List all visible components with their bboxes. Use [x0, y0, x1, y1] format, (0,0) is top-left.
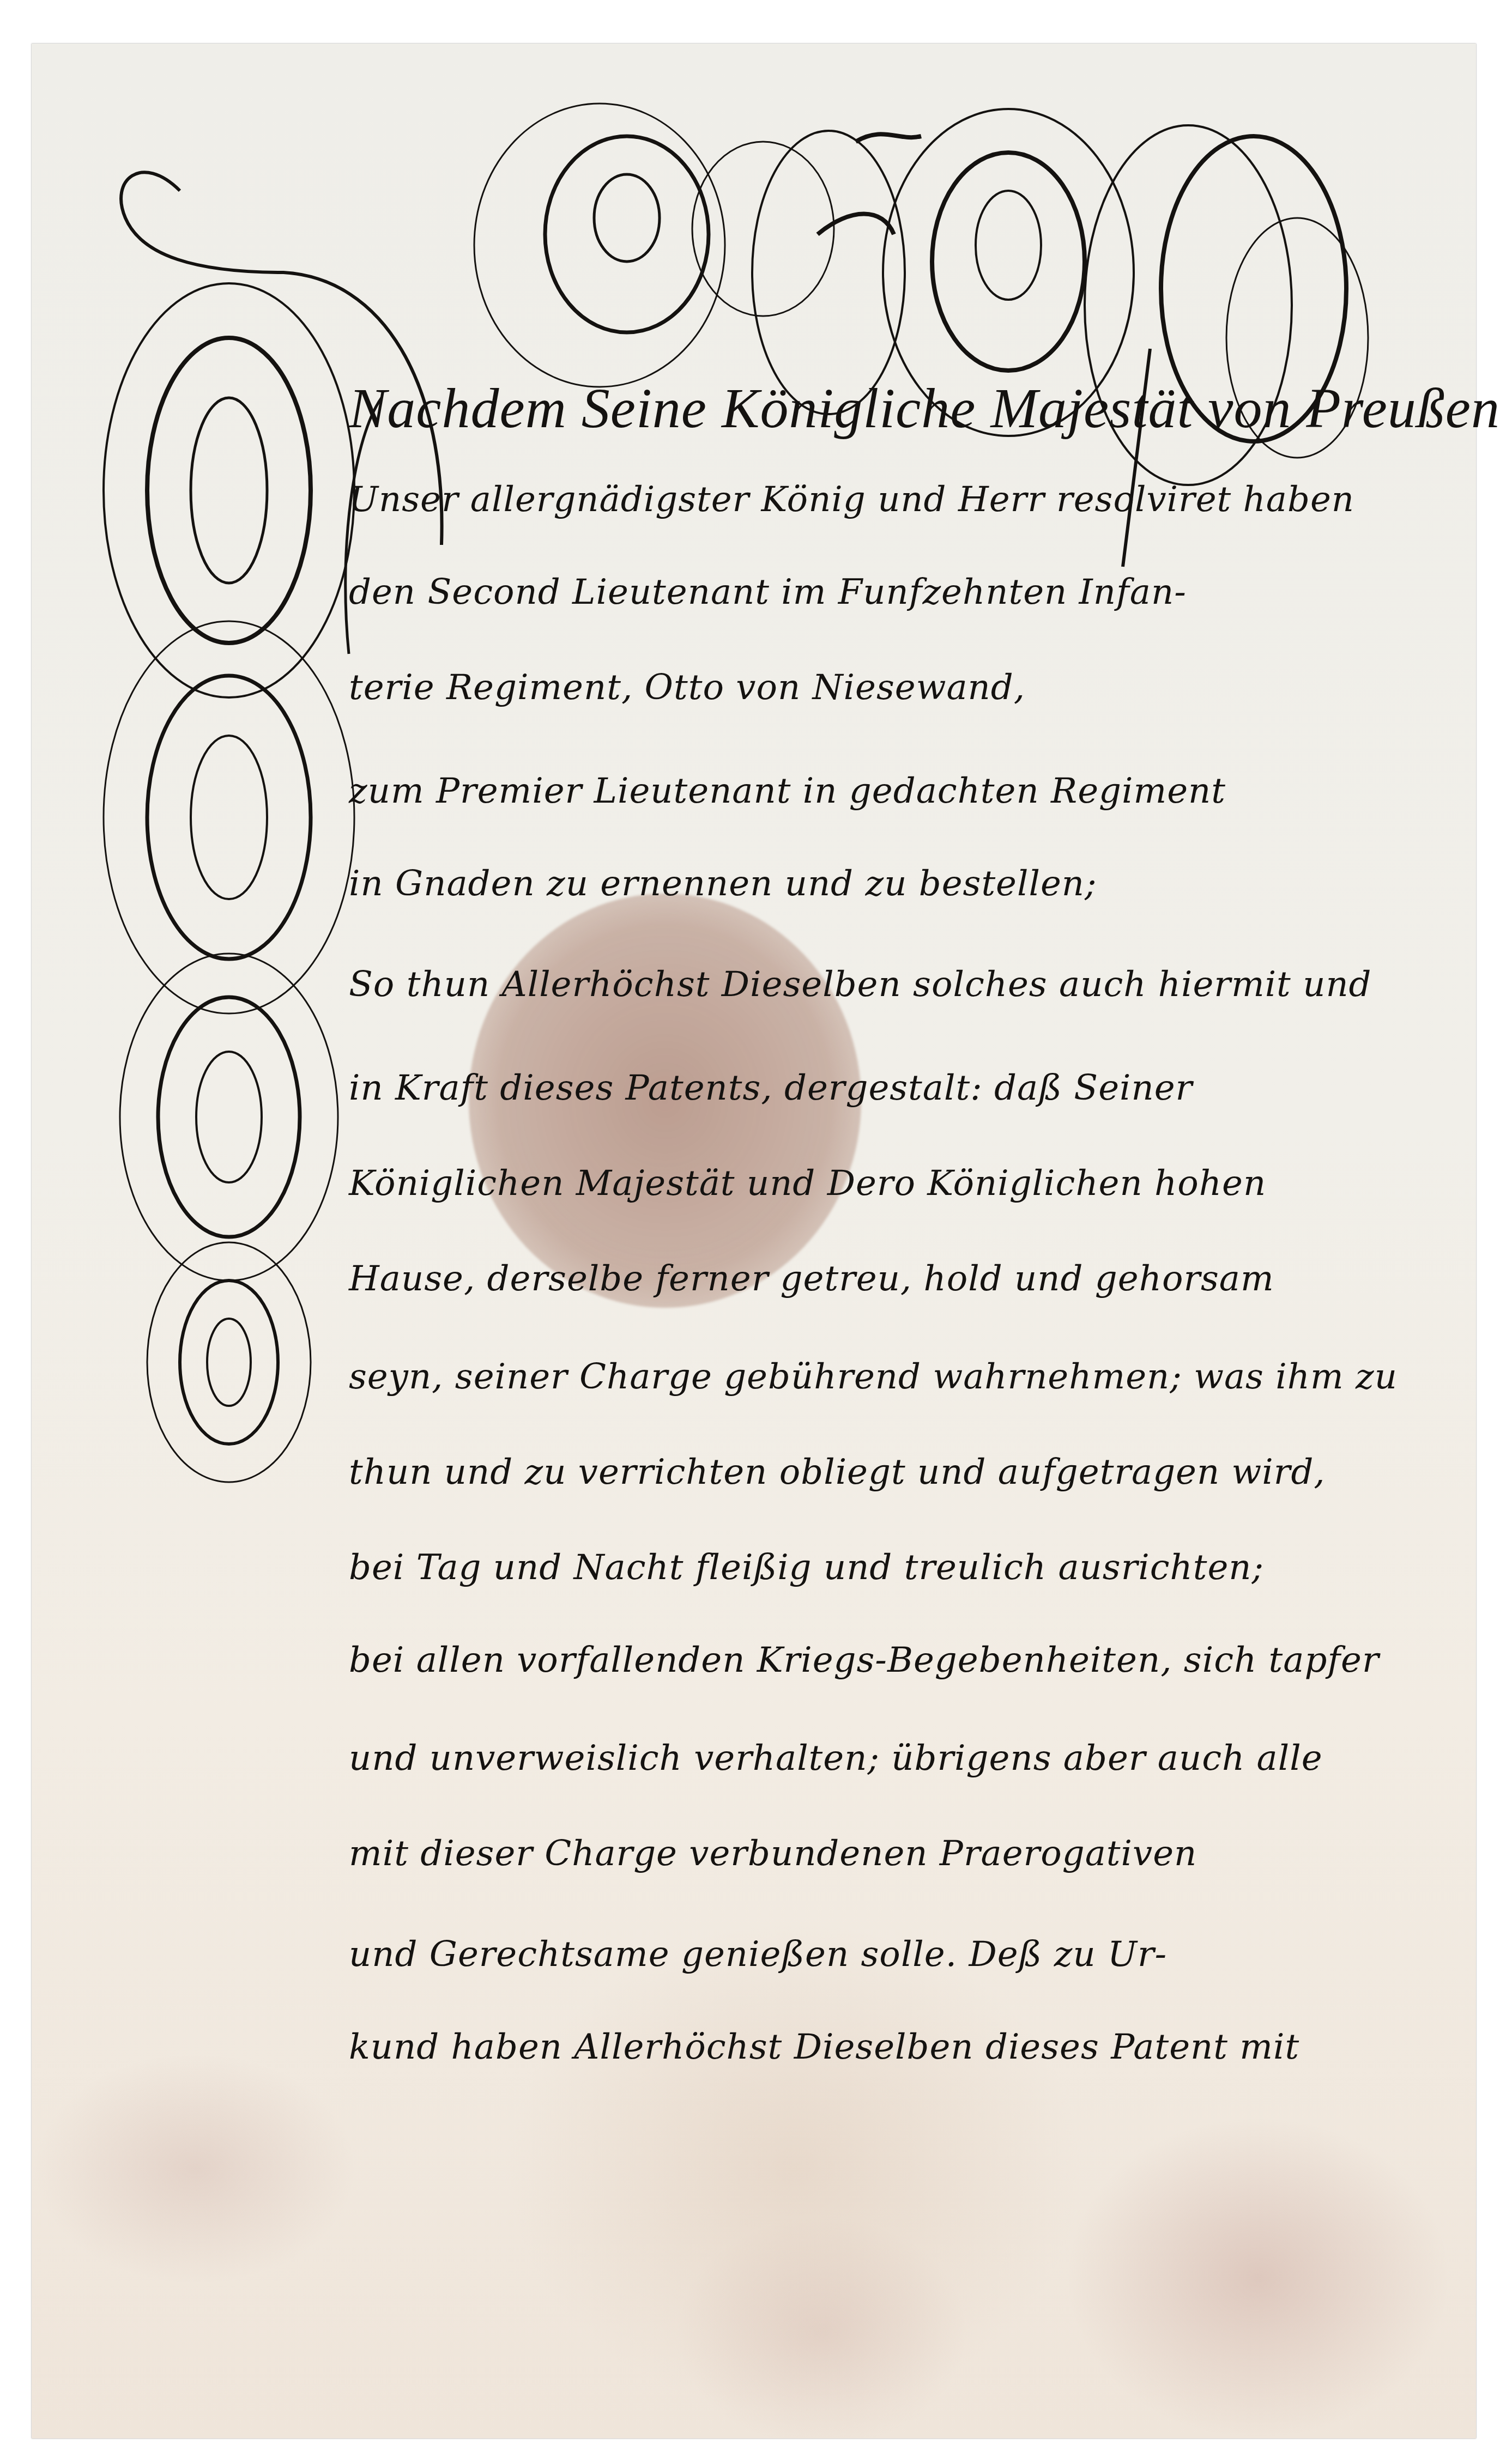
text-line-7: So thun Allerhöchst Dieselben solches au…	[349, 964, 1450, 1005]
text-line-15: und unverweislich verhalten; übrigens ab…	[349, 1738, 1450, 1779]
line-text: seyn, seiner Charge gebührend wahrnehmen…	[349, 1357, 1398, 1397]
line-text: thun und zu verrichten obliegt und aufge…	[349, 1452, 1326, 1492]
text-line-12: thun und zu verrichten obliegt und aufge…	[349, 1452, 1450, 1492]
text-line-10: Hause, derselbe ferner getreu, hold und …	[349, 1259, 1450, 1299]
text-line-8: in Kraft dieses Patents, dergestalt: daß…	[349, 1068, 1450, 1108]
text-line-14: bei allen vorfallenden Kriegs-Begebenhei…	[349, 1640, 1450, 1680]
line-text: bei Tag und Nacht fleißig und treulich a…	[349, 1547, 1264, 1588]
text-line-17: und Gerechtsame genießen solle. Deß zu U…	[349, 1934, 1450, 1975]
text-line-16: mit dieser Charge verbundenen Praerogati…	[349, 1834, 1450, 1874]
text-line-2: Unser allergnädigster König und Herr res…	[349, 480, 1450, 520]
line-text: zum Premier Lieutenant in gedachten Regi…	[349, 771, 1226, 811]
line-text: bei allen vorfallenden Kriegs-Begebenhei…	[349, 1640, 1380, 1680]
line-text: den Second Lieutenant im Funfzehnten Inf…	[349, 572, 1187, 612]
line-text: So thun Allerhöchst Dieselben solches au…	[349, 964, 1372, 1005]
line-text: und Gerechtsame genießen solle. Deß zu U…	[349, 1934, 1167, 1975]
text-line-3: den Second Lieutenant im Funfzehnten Inf…	[349, 572, 1450, 612]
line-text: Nachdem Seine Königliche Majestät von Pr…	[349, 377, 1500, 440]
line-text: in Gnaden zu ernennen und zu bestellen;	[349, 864, 1097, 904]
text-line-6: in Gnaden zu ernennen und zu bestellen;	[349, 864, 1450, 904]
line-text: mit dieser Charge verbundenen Praerogati…	[349, 1834, 1197, 1874]
text-line-4: terie Regiment, Otto von Niesewand,	[349, 667, 1450, 708]
line-text: in Kraft dieses Patents, dergestalt: daß…	[349, 1068, 1193, 1108]
line-text: Unser allergnädigster König und Herr res…	[349, 480, 1354, 520]
line-text: und unverweislich verhalten; übrigens ab…	[349, 1738, 1323, 1779]
line-text: Hause, derselbe ferner getreu, hold und …	[349, 1259, 1274, 1299]
line-text: kund haben Allerhöchst Dieselben dieses …	[349, 2027, 1299, 2067]
text-line-1: Nachdem Seine Königliche Majestät von Pr…	[349, 376, 1450, 441]
text-line-11: seyn, seiner Charge gebührend wahrnehmen…	[349, 1357, 1450, 1397]
text-line-9: Königlichen Majestät und Dero Königliche…	[349, 1163, 1450, 1204]
text-line-5: zum Premier Lieutenant in gedachten Regi…	[349, 771, 1450, 811]
text-line-18: kund haben Allerhöchst Dieselben dieses …	[349, 2027, 1450, 2067]
line-text: terie Regiment, Otto von Niesewand,	[349, 667, 1025, 708]
text-line-13: bei Tag und Nacht fleißig und treulich a…	[349, 1547, 1450, 1588]
line-text: Königlichen Majestät und Dero Königliche…	[349, 1163, 1266, 1204]
